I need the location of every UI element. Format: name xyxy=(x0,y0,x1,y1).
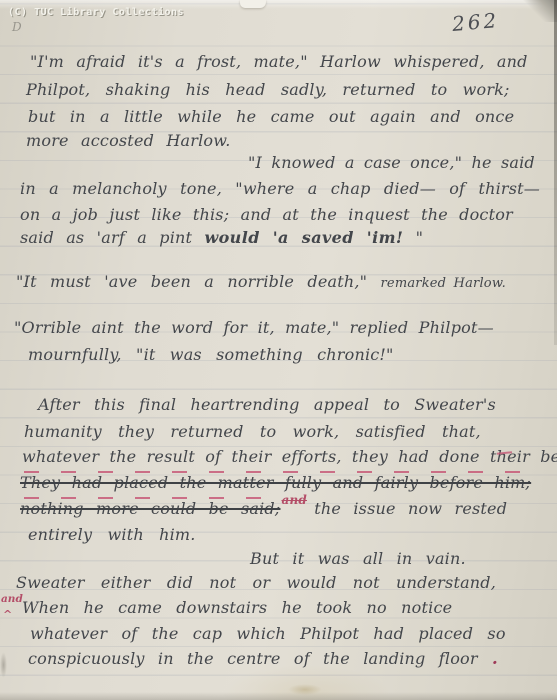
handwritten-text: said as 'arf a pint xyxy=(20,228,204,247)
handwritten-text: Sweater either did not or would not unde… xyxy=(16,573,496,592)
manuscript-line: They had placed the matter fully and fai… xyxy=(20,473,531,492)
insertion-caret-mark: ^ xyxy=(3,605,12,624)
handwritten-text: more accosted Harlow. xyxy=(26,131,231,150)
manuscript-line: nothing more could be said;and the issue… xyxy=(20,499,507,520)
handwritten-text: When he came downstairs he took no notic… xyxy=(22,598,452,617)
manuscript-page: (C) TUC Library Collections 262 D "I'm a… xyxy=(0,0,557,700)
manuscript-line: humanity they returned to work, satisfie… xyxy=(24,422,481,441)
manuscript-line: but in a little while he came out again … xyxy=(28,107,514,126)
manuscript-line: entirely with him. xyxy=(28,525,196,544)
red-ink-period: . xyxy=(478,649,498,669)
handwritten-text: in a melancholy tone, "where a chap died… xyxy=(20,179,540,198)
handwritten-text: conspicuously in the centre of the landi… xyxy=(28,649,478,668)
handwritten-text: After this final heartrending appeal to … xyxy=(38,395,496,414)
handwritten-text: on a job just like this; and at the inqu… xyxy=(20,205,513,224)
manuscript-line: But it was all in vain. xyxy=(250,549,466,568)
manuscript-line: whatever of the cap which Philpot had pl… xyxy=(30,624,506,643)
paper-stain xyxy=(288,684,322,695)
handwritten-text: " xyxy=(403,228,423,247)
handwritten-text: mournfully, "it was something chronic!" xyxy=(28,345,394,364)
handwritten-text: "I knowed a case once," he said xyxy=(248,153,535,172)
handwritten-text: but in a little while he came out again … xyxy=(28,107,514,126)
struck-through-text: nothing more could be said; xyxy=(20,496,280,518)
manuscript-line: "I knowed a case once," he said xyxy=(248,153,535,172)
manuscript-line: After this final heartrending appeal to … xyxy=(38,395,496,414)
manuscript-line: "I'm afraid it's a frost, mate," Harlow … xyxy=(30,52,528,71)
handwritten-text: Philpot, shaking his head sadly, returne… xyxy=(26,80,510,99)
manuscript-line: and^When he came downstairs he took no n… xyxy=(22,598,452,617)
paper-smudge xyxy=(0,652,7,678)
handwritten-text: humanity they returned to work, satisfie… xyxy=(24,422,481,441)
emphasized-text: would 'a saved 'im! xyxy=(204,228,403,247)
manuscript-line: whatever the result of their efforts, th… xyxy=(22,447,557,466)
handwritten-text-block: "I'm afraid it's a frost, mate," Harlow … xyxy=(0,0,557,700)
handwritten-text: "I'm afraid it's a frost, mate," Harlow … xyxy=(30,52,528,71)
manuscript-line: more accosted Harlow. xyxy=(26,131,231,150)
handwritten-text: But it was all in vain. xyxy=(250,549,466,568)
handwritten-text: entirely with him. xyxy=(28,525,196,544)
handwritten-text: "Orrible aint the word for it, mate," re… xyxy=(14,318,494,337)
manuscript-line: Philpot, shaking his head sadly, returne… xyxy=(26,80,510,99)
manuscript-line: mournfully, "it was something chronic!" xyxy=(28,345,394,364)
manuscript-line: "Orrible aint the word for it, mate," re… xyxy=(14,318,494,337)
handwritten-text: whatever the result of their efforts, th… xyxy=(22,447,557,466)
manuscript-line: said as 'arf a pint would 'a saved 'im! … xyxy=(20,228,423,247)
handwritten-text-small: remarked Harlow. xyxy=(381,276,506,291)
manuscript-line: conspicuously in the centre of the landi… xyxy=(28,649,498,669)
handwritten-text: whatever of the cap which Philpot had pl… xyxy=(30,624,506,643)
manuscript-line: in a melancholy tone, "where a chap died… xyxy=(20,179,540,198)
manuscript-line: Sweater either did not or would not unde… xyxy=(16,573,496,592)
manuscript-line: on a job just like this; and at the inqu… xyxy=(20,205,513,224)
struck-through-text: They had placed the matter fully and fai… xyxy=(20,470,531,492)
handwritten-text: "It must 'ave been a norrible death," xyxy=(16,272,381,291)
manuscript-line: "It must 'ave been a norrible death," re… xyxy=(16,272,506,293)
red-ink-insertion: and xyxy=(281,491,307,510)
handwritten-text: the issue now rested xyxy=(302,499,507,518)
